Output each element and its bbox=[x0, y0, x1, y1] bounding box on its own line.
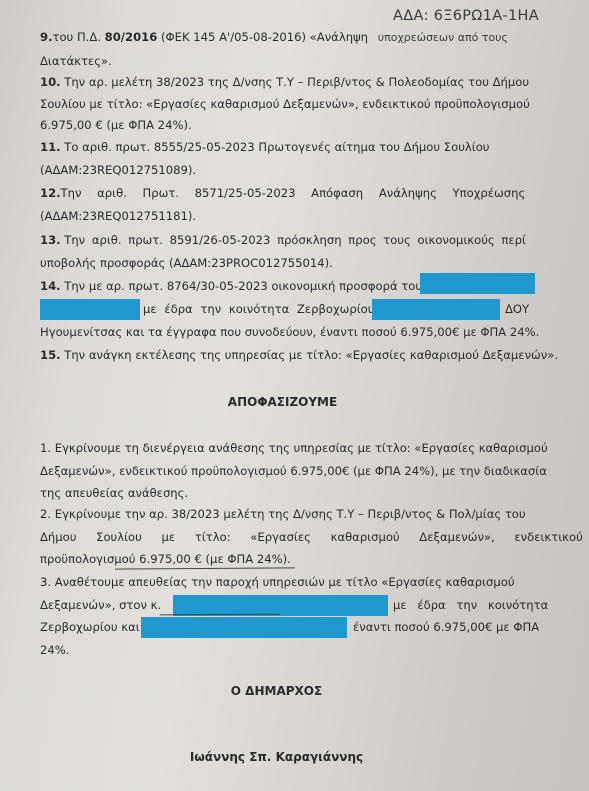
redaction-block bbox=[372, 299, 500, 320]
decision-3-line-3a: Ζερβοχωρίου και bbox=[40, 620, 140, 634]
redaction-block bbox=[40, 299, 140, 320]
item-13-line-2: υποβολής προσφοράς (ΑΔΑΜ:23PROC012755014… bbox=[40, 256, 333, 270]
signature-title: Ο ΔΗΜΑΡΧΟΣ bbox=[0, 684, 571, 698]
signature-name: Ιωάννης Σπ. Καραγιάννης bbox=[0, 750, 571, 764]
item-14-number: 14. bbox=[40, 279, 61, 293]
item-9-line-2: Διατάκτες». bbox=[40, 54, 112, 68]
decision-2-line-3: προϋπολογισμού 6.975,00 € (με ΦΠΑ 24%). bbox=[40, 552, 291, 566]
decision-3-line-2b: με έδρα την κοινότητα bbox=[393, 598, 548, 612]
item-11-line-2: (ΑΔΑΜ:23REQ012751089). bbox=[40, 163, 196, 177]
item-12-line-1: 12.Την αριθ. Πρωτ. 8571/25-05-2023 Απόφα… bbox=[40, 186, 525, 200]
item-13-text-1: Την αριθ. πρωτ. 8591/26-05-2023 πρόσκλησ… bbox=[64, 233, 526, 247]
item-9-line-1: 9.του Π.Δ. 80/2016 (ΦΕΚ 145 Α'/05-08-201… bbox=[40, 30, 508, 44]
item-12-number: 12. bbox=[40, 186, 61, 200]
ada-stamp: ΑΔΑ: 6Ξ6ΡΩ1Α-1ΗΑ bbox=[393, 8, 539, 24]
item-9-text-a: του Π.Δ. bbox=[52, 30, 101, 44]
item-14-line-1: 14. Την με αρ. πρωτ. 8764/30-05-2023 οικ… bbox=[40, 279, 422, 293]
item-10-line-3: 6.975,00 € (με ΦΠΑ 24%). bbox=[40, 118, 192, 132]
item-10-number: 10. bbox=[40, 75, 61, 89]
item-11-text-1: Το αριθ. πρωτ. 8555/25-05-2023 Πρωτογενέ… bbox=[64, 140, 489, 154]
decision-1-line-3: της απευθείας ανάθεσης. bbox=[40, 486, 188, 500]
item-13-number: 13. bbox=[40, 233, 61, 247]
decision-3-line-1: 3. Αναθέτουμε απευθείας την παροχή υπηρε… bbox=[40, 575, 515, 589]
item-14-text-1: Την με αρ. πρωτ. 8764/30-05-2023 οικονομ… bbox=[64, 279, 422, 293]
scanned-document-page: ΑΔΑ: 6Ξ6ΡΩ1Α-1ΗΑ 9.του Π.Δ. 80/2016 (ΦΕΚ… bbox=[0, 0, 589, 791]
decision-3-line-2a: Δεξαμενών», στον κ. bbox=[40, 598, 161, 612]
item-9-number: 9. bbox=[40, 30, 52, 44]
item-14-line-2-end: ΔΟΥ bbox=[505, 302, 529, 316]
decision-3-line-4: 24%. bbox=[40, 643, 69, 657]
item-9-text-c: (ΦΕΚ 145 Α'/05-08-2016) «Ανάληψη bbox=[161, 30, 368, 44]
item-15-line-1: 15. Την ανάγκη εκτέλεσης της υπηρεσίας μ… bbox=[40, 348, 558, 362]
item-10-line-2: Σουλίου με τίτλο: «Εργασίες καθαρισμού Δ… bbox=[40, 97, 530, 111]
item-11-line-1: 11. Το αριθ. πρωτ. 8555/25-05-2023 Πρωτο… bbox=[40, 140, 490, 154]
item-14-line-2-mid: με έδρα την κοινότητα Ζερβοχωρίου bbox=[143, 302, 374, 316]
decision-3-line-3b: έναντι ποσού 6.975,00€ με ΦΠΑ bbox=[353, 620, 539, 634]
item-13-line-1: 13. Την αριθ. πρωτ. 8591/26-05-2023 πρόσ… bbox=[40, 233, 526, 247]
redaction-block bbox=[420, 273, 535, 294]
item-10-text-1: Την αρ. μελέτη 38/2023 της Δ/νσης Τ.Υ – … bbox=[64, 75, 529, 89]
decision-1-line-2: Δεξαμενών», ενδεικτικού προϋπολογισμού 6… bbox=[40, 464, 547, 478]
handwritten-underline bbox=[115, 567, 295, 569]
decision-heading: ΑΠΟΦΑΣΙΖΟΥΜΕ bbox=[0, 395, 577, 409]
item-11-number: 11. bbox=[40, 140, 61, 154]
item-15-number: 15. bbox=[40, 348, 61, 362]
item-14-line-3: Ηγουμενίτσας και τα έγγραφα που συνοδεύο… bbox=[40, 325, 539, 339]
decision-2-line-2: Δήμου Σουλίου με τίτλο: «Εργασίες καθαρι… bbox=[40, 530, 583, 544]
item-12-text-1: Την αριθ. Πρωτ. 8571/25-05-2023 Απόφαση … bbox=[61, 186, 526, 200]
decision-2-line-1: 2. Εγκρίνουμε την αρ. 38/2023 μελέτη της… bbox=[40, 507, 526, 521]
item-9-overlap-text: υποχρεώσεων από τους bbox=[378, 31, 508, 44]
item-12-line-2: (ΑΔΑΜ:23REQ012751181). bbox=[40, 209, 196, 223]
redaction-block bbox=[141, 617, 347, 638]
item-9-law-number: 80/2016 bbox=[105, 30, 158, 44]
decision-1-line-1: 1. Εγκρίνουμε τη διενέργεια ανάθεσης της… bbox=[40, 441, 548, 455]
item-15-text-1: Την ανάγκη εκτέλεσης της υπηρεσίας με τί… bbox=[64, 348, 558, 362]
item-10-line-1: 10. Την αρ. μελέτη 38/2023 της Δ/νσης Τ.… bbox=[40, 75, 529, 89]
redaction-block bbox=[173, 595, 388, 616]
